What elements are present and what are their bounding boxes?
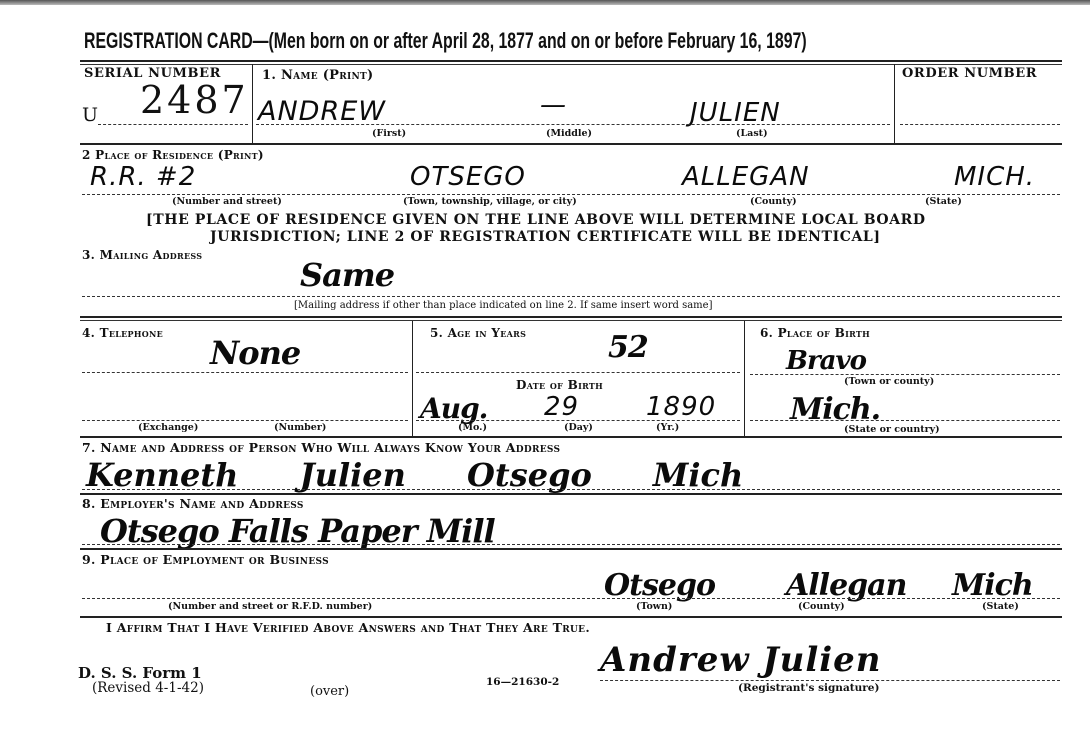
serial-line	[98, 124, 248, 125]
employment-place-label: 9. Place of Employment or Business	[82, 552, 329, 567]
birthplace-label: 6. Place of Birth	[760, 326, 870, 340]
month-caption: (Mo.)	[458, 422, 487, 433]
birthplace-town-line	[750, 374, 1060, 375]
name-label: 1. Name (Print)	[262, 68, 374, 83]
exchange-caption: (Exchange)	[138, 422, 198, 433]
rule	[80, 616, 1062, 618]
employment-town-caption: (Town)	[636, 601, 672, 612]
serial-prefix: U	[82, 104, 98, 126]
last-caption: (Last)	[736, 128, 768, 139]
employment-street-caption: (Number and street or R.F.D. number)	[168, 601, 372, 612]
contact-person-label: 7. Name and Address of Person Who Will A…	[82, 440, 560, 455]
first-name-value: ANDREW	[258, 96, 386, 127]
rule	[80, 143, 1062, 145]
employer-line	[82, 544, 1060, 545]
card-title: REGISTRATION CARD—(Men born on or after …	[84, 28, 807, 54]
rule	[80, 320, 1062, 321]
mailing-address-value: Same	[300, 256, 394, 294]
birth-year-value: 1890	[646, 392, 716, 422]
scan-top-edge	[0, 0, 1090, 5]
date-of-birth-label: Date of Birth	[516, 378, 603, 392]
form-revised: (Revised 4-1-42)	[92, 680, 204, 696]
rule	[80, 493, 1062, 495]
rule	[80, 60, 1062, 62]
age-value: 52	[608, 330, 648, 365]
rule	[80, 316, 1062, 318]
birth-date-line	[416, 420, 740, 421]
rule	[80, 436, 1062, 438]
number-caption: (Number)	[274, 422, 326, 433]
mailing-address-label: 3. Mailing Address	[82, 248, 202, 262]
divider	[894, 64, 895, 144]
affirmation-text: I Affirm That I Have Verified Above Answ…	[106, 620, 590, 635]
residence-line	[82, 194, 1060, 195]
print-code: 16—21630-2	[486, 676, 559, 688]
residence-label: 2 Place of Residence (Print)	[82, 148, 264, 162]
exchange-line	[82, 420, 408, 421]
employment-state-caption: (State)	[982, 601, 1019, 612]
year-caption: (Yr.)	[656, 422, 679, 433]
day-caption: (Day)	[564, 422, 593, 433]
over-note: (over)	[310, 684, 349, 699]
signature-caption: (Registrant's signature)	[738, 682, 879, 694]
serial-number-value: 2487	[140, 78, 249, 122]
residence-notice-line1: [THE PLACE OF RESIDENCE GIVEN ON THE LIN…	[146, 212, 926, 228]
age-line	[416, 372, 740, 373]
street-caption: (Number and street)	[172, 196, 282, 207]
residence-notice-line2: JURISDICTION; LINE 2 OF REGISTRATION CER…	[210, 229, 881, 245]
birth-day-value: 29	[544, 392, 579, 422]
telephone-line	[82, 372, 408, 373]
residence-county-value: ALLEGAN	[682, 162, 810, 192]
residence-street-value: R.R. #2	[90, 162, 196, 192]
age-label: 5. Age in Years	[430, 326, 526, 340]
order-number-label: ORDER NUMBER	[902, 66, 1037, 81]
mailing-line	[82, 296, 1060, 297]
rule	[80, 548, 1062, 550]
mailing-caption: [Mailing address if other than place ind…	[294, 300, 712, 311]
residence-state-value: MICH.	[954, 162, 1035, 192]
birthplace-state-value: Mich.	[790, 392, 880, 427]
rule	[80, 64, 1062, 65]
state-caption: (State)	[925, 196, 962, 207]
contact-line	[82, 489, 1060, 490]
town-caption: (Town, township, village, or city)	[403, 196, 577, 207]
employment-county-caption: (County)	[798, 601, 845, 612]
birthplace-state-line	[750, 420, 1060, 421]
county-caption: (County)	[750, 196, 797, 207]
signature-value: Andrew Julien	[600, 640, 882, 680]
divider	[252, 64, 253, 144]
employment-line	[82, 598, 1060, 599]
telephone-label: 4. Telephone	[82, 326, 163, 340]
telephone-value: None	[210, 334, 300, 372]
birthplace-state-caption: (State or country)	[844, 424, 940, 435]
signature-line	[600, 680, 1060, 681]
birthplace-town-caption: (Town or county)	[844, 376, 934, 387]
divider	[412, 321, 413, 437]
divider	[744, 321, 745, 437]
middle-name-value: —	[540, 90, 567, 120]
birthplace-town-value: Bravo	[786, 346, 866, 376]
employer-label: 8. Employer's Name and Address	[82, 496, 304, 511]
first-caption: (First)	[372, 128, 406, 139]
name-line	[256, 124, 890, 125]
residence-town-value: OTSEGO	[410, 162, 526, 192]
middle-caption: (Middle)	[546, 128, 592, 139]
order-number-line	[900, 124, 1060, 125]
